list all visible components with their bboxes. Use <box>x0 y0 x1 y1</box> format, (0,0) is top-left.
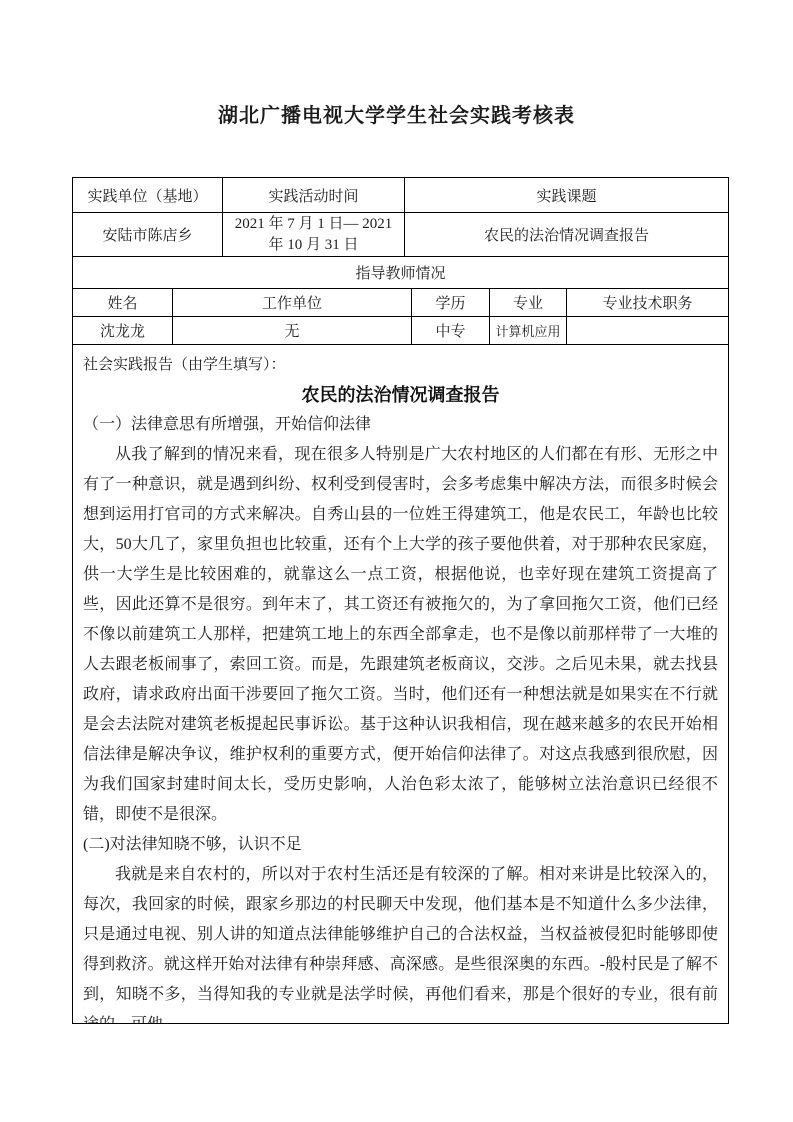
teacher-name-value-cell: 沈龙龙 <box>73 317 173 344</box>
form-value-row: 安陆市陈店乡 2021 年 7 月 1 日— 2021 年 10 月 31 日 … <box>73 213 728 257</box>
page-title: 湖北广播电视大学学生社会实践考核表 <box>0 99 793 128</box>
teacher-major-value-cell: 计算机应用 <box>490 317 567 344</box>
practice-time-header-cell: 实践活动时间 <box>223 178 405 212</box>
report-section: 社会实践报告（由学生填写）： 农民的法治情况调查报告 （一）法律意思有所增强，开… <box>73 345 728 1023</box>
teacher-value-row: 沈龙龙 无 中专 计算机应用 <box>73 317 728 345</box>
report-label: 社会实践报告（由学生填写）： <box>83 350 718 380</box>
practice-topic-header-cell: 实践课题 <box>405 178 728 212</box>
teacher-title-header-cell: 专业技术职务 <box>567 289 728 316</box>
document-page: 湖北广播电视大学学生社会实践考核表 实践单位（基地） 实践活动时间 实践课题 安… <box>0 0 793 1122</box>
teacher-section-row: 指导教师情况 <box>73 257 728 289</box>
report-section-heading-1: （一）法律意思有所增强，开始信仰法律 <box>83 410 718 440</box>
practice-time-value-cell: 2021 年 7 月 1 日— 2021 年 10 月 31 日 <box>223 213 405 256</box>
teacher-education-header-cell: 学历 <box>412 289 490 316</box>
report-paragraph-2: 我就是来自农村的，所以对于农村生活还是有较深的了解。相对来讲是比较深入的，每次，… <box>83 860 718 1023</box>
teacher-workunit-value-cell: 无 <box>173 317 412 344</box>
teacher-education-value-cell: 中专 <box>412 317 490 344</box>
practice-unit-value-cell: 安陆市陈店乡 <box>73 213 223 256</box>
practice-topic-value-cell: 农民的法治情况调查报告 <box>405 213 728 256</box>
teacher-header-row: 姓名 工作单位 学历 专业 专业技术职务 <box>73 289 728 317</box>
report-paragraph-1: 从我了解到的情况来看，现在很多人特别是广大农村地区的人们都在有形、无形之中有了一… <box>83 440 718 830</box>
teacher-major-header-cell: 专业 <box>490 289 567 316</box>
practice-unit-header-cell: 实践单位（基地） <box>73 178 223 212</box>
teacher-name-header-cell: 姓名 <box>73 289 173 316</box>
teacher-section-title-cell: 指导教师情况 <box>73 257 728 288</box>
form-header-row: 实践单位（基地） 实践活动时间 实践课题 <box>73 178 728 213</box>
teacher-workunit-header-cell: 工作单位 <box>173 289 412 316</box>
assessment-form-table: 实践单位（基地） 实践活动时间 实践课题 安陆市陈店乡 2021 年 7 月 1… <box>72 177 729 1024</box>
report-title: 农民的法治情况调查报告 <box>83 380 718 410</box>
teacher-title-value-cell <box>567 317 728 344</box>
report-section-heading-2: (二)对法律知晓不够，认识不足 <box>83 830 718 860</box>
